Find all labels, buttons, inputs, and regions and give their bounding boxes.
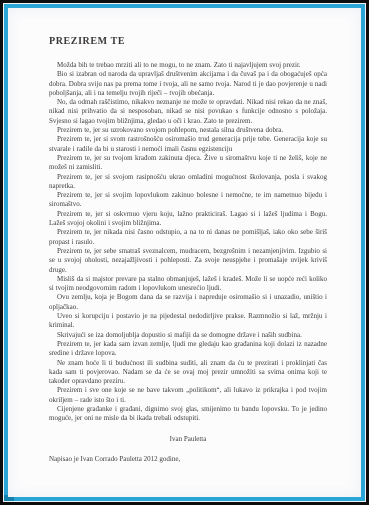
- paragraph: Prezirem te, jer si svojim lopovlukom za…: [49, 191, 327, 210]
- document-content: PREZIREM TE Možda bih te trebao mrziti a…: [49, 36, 327, 497]
- paragraph: No, da odmah raščistimo, nikakvo neznanj…: [49, 98, 327, 126]
- paragraph: Prezirem te, jer si oskvrnuo vjeru koju,…: [49, 210, 327, 229]
- document-body: Možda bih te trebao mrziti ali to ne mog…: [49, 61, 327, 424]
- paragraph: Ne znam hoće li ti budućnost ili sudbina…: [49, 359, 327, 387]
- paragraph: Bio si izabran od naroda da upravljaš dr…: [49, 70, 327, 98]
- paragraph: Uveo si korupciju i postavio je na pijed…: [49, 312, 327, 331]
- paragraph: Cijenjene građanke i građani, dignimo sv…: [49, 405, 327, 424]
- paragraph: Prezirem te, jer nikada nisi časno odstu…: [49, 228, 327, 247]
- paragraph: Prezirem i sve one koje se ne bave takvo…: [49, 386, 327, 405]
- paragraph: Možda bih te trebao mrziti ali to ne mog…: [49, 61, 327, 70]
- paragraph: Ovu zemlju, koja je Bogom dana da se raz…: [49, 293, 327, 312]
- paragraph: Prezirem te, jer si svojom rasipnošću uk…: [49, 173, 327, 192]
- paragraph: Prezirem te, jer si svom rastrošnošću os…: [49, 135, 327, 154]
- footer-note: Napisao je Ivan Corrado Pauletta 2012 go…: [49, 455, 327, 463]
- paragraph: Misliš da si majstor prevare pa stalno o…: [49, 275, 327, 294]
- paragraph: Skrivajući se iza domoljublja dopustio s…: [49, 331, 327, 340]
- paragraph: Prezirem te, jer su uzrokovano svojom po…: [49, 126, 327, 135]
- signature: Ivan Pauletta: [49, 435, 327, 443]
- document-title: PREZIREM TE: [49, 36, 327, 47]
- paragraph: Prezirem te, jer kada sam izvan zemlje, …: [49, 340, 327, 359]
- paragraph: Prezirem te, jer su tvojom krađom zakinu…: [49, 154, 327, 173]
- paragraph: Prezirem te, jer sebe smatraš sveznalcem…: [49, 247, 327, 275]
